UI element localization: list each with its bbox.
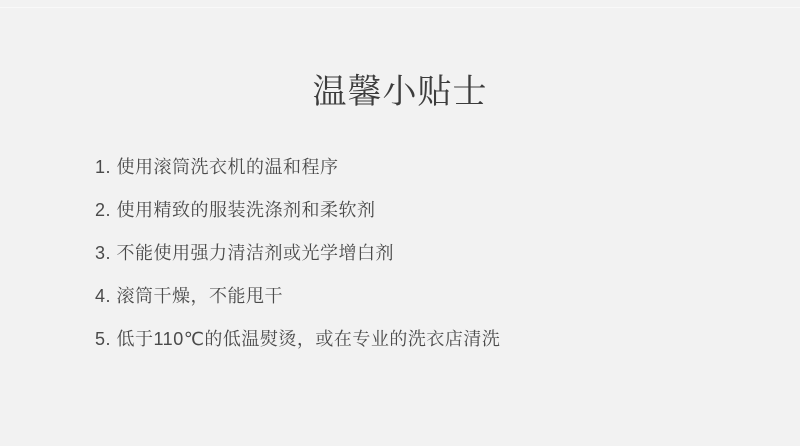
- tip-item: 1. 使用滚筒洗衣机的温和程序: [95, 154, 740, 180]
- tips-list: 1. 使用滚筒洗衣机的温和程序 2. 使用精致的服装洗涤剂和柔软剂 3. 不能使…: [95, 154, 740, 352]
- tip-item: 3. 不能使用强力清洁剂或光学增白剂: [95, 240, 740, 266]
- tip-item: 5. 低于110℃的低温熨烫，或在专业的洗衣店清洗: [95, 326, 740, 352]
- top-divider: [0, 7, 800, 8]
- tip-item: 4. 滚筒干燥，不能甩干: [95, 283, 740, 309]
- tip-item: 2. 使用精致的服装洗涤剂和柔软剂: [95, 197, 740, 223]
- tips-page: { "page": { "title": "温馨小贴士", "tips": [ …: [0, 0, 800, 446]
- page-title: 温馨小贴士: [0, 72, 800, 112]
